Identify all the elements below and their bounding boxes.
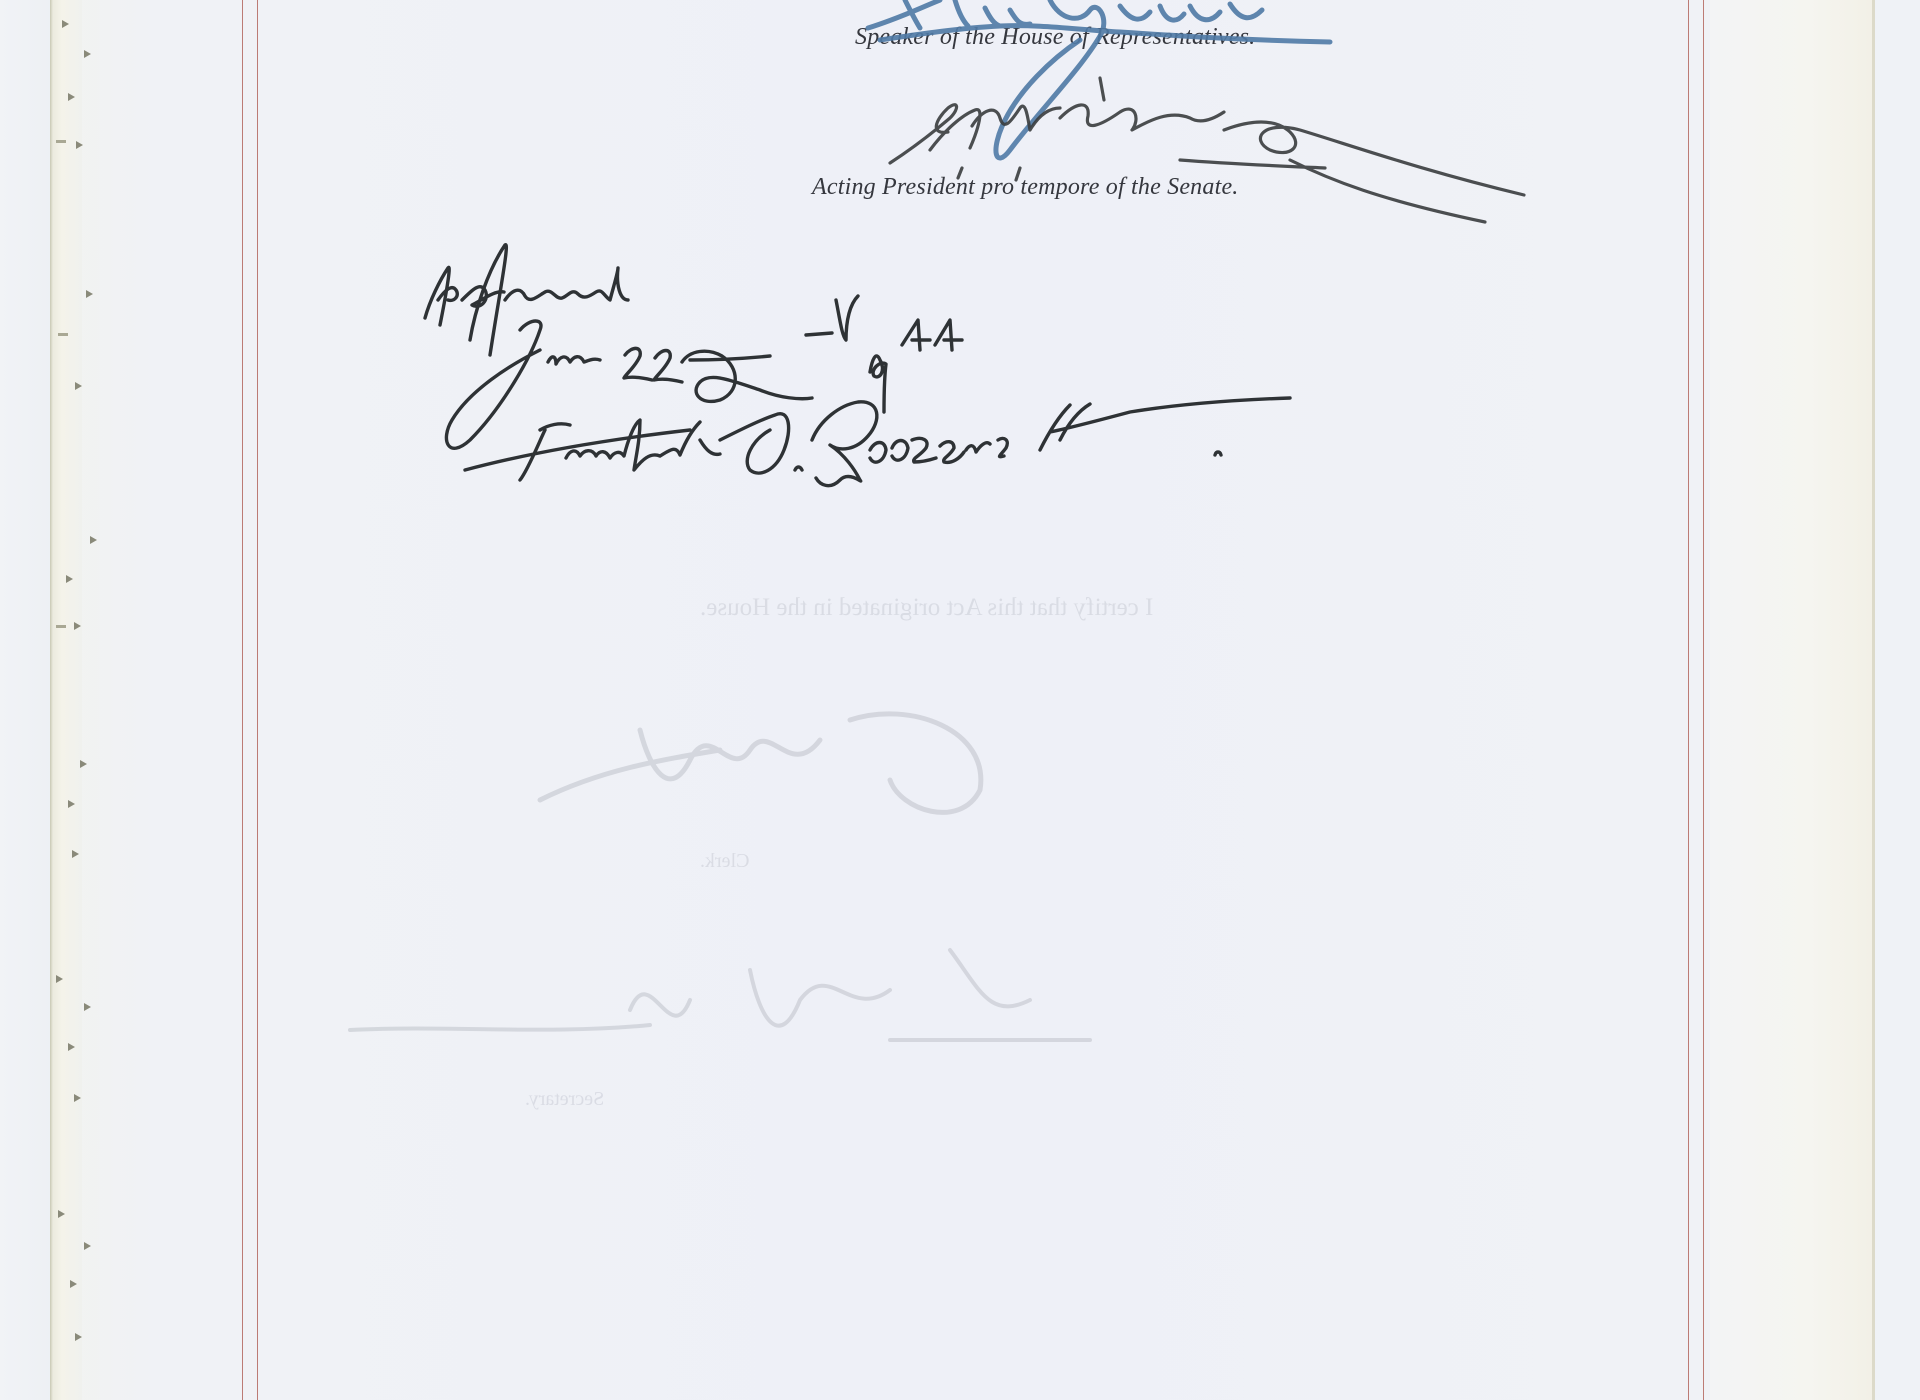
senate-caption: Acting President pro tempore of the Sena… bbox=[812, 174, 1239, 201]
bleed-through-clerk: Clerk. bbox=[700, 850, 749, 873]
binding-mark bbox=[68, 800, 75, 808]
approval-word: Approved bbox=[0, 0, 1, 1]
tear-mark bbox=[56, 140, 66, 143]
tear-mark bbox=[56, 625, 66, 628]
binding-mark bbox=[80, 760, 87, 768]
binding-mark bbox=[75, 382, 82, 390]
tear-mark bbox=[58, 333, 68, 336]
bleed-through-signature bbox=[520, 690, 1020, 850]
binding-mark bbox=[84, 1242, 91, 1250]
sheet-bound-edge bbox=[50, 0, 82, 1400]
rule-right-outer bbox=[1703, 0, 1704, 1400]
sheet-right-margin bbox=[1710, 0, 1875, 1400]
binding-mark bbox=[58, 1210, 65, 1218]
rule-left-inner bbox=[257, 0, 258, 1400]
binding-mark bbox=[56, 975, 63, 983]
bleed-through-certify: I certify that this Act originated in th… bbox=[700, 594, 1153, 622]
speaker-caption: Speaker of the House of Representatives. bbox=[855, 24, 1255, 51]
binding-mark bbox=[76, 141, 83, 149]
binding-mark bbox=[86, 290, 93, 298]
binding-mark bbox=[90, 536, 97, 544]
binding-mark bbox=[68, 93, 75, 101]
binding-mark bbox=[68, 1043, 75, 1051]
scan-backdrop-right bbox=[1875, 0, 1920, 1400]
binding-mark bbox=[72, 850, 79, 858]
rule-right-inner bbox=[1688, 0, 1689, 1400]
binding-mark bbox=[66, 575, 73, 583]
binding-mark bbox=[62, 20, 69, 28]
scan-backdrop-left bbox=[0, 0, 52, 1400]
rule-left-outer bbox=[242, 0, 243, 1400]
binding-mark bbox=[70, 1280, 77, 1288]
binding-mark bbox=[84, 50, 91, 58]
bleed-through-signature-2 bbox=[330, 930, 1130, 1080]
binding-mark bbox=[74, 1094, 81, 1102]
binding-mark bbox=[74, 622, 81, 630]
binding-mark bbox=[84, 1003, 91, 1011]
bleed-through-secretary: Secretary. bbox=[525, 1088, 604, 1111]
binding-mark bbox=[75, 1333, 82, 1341]
